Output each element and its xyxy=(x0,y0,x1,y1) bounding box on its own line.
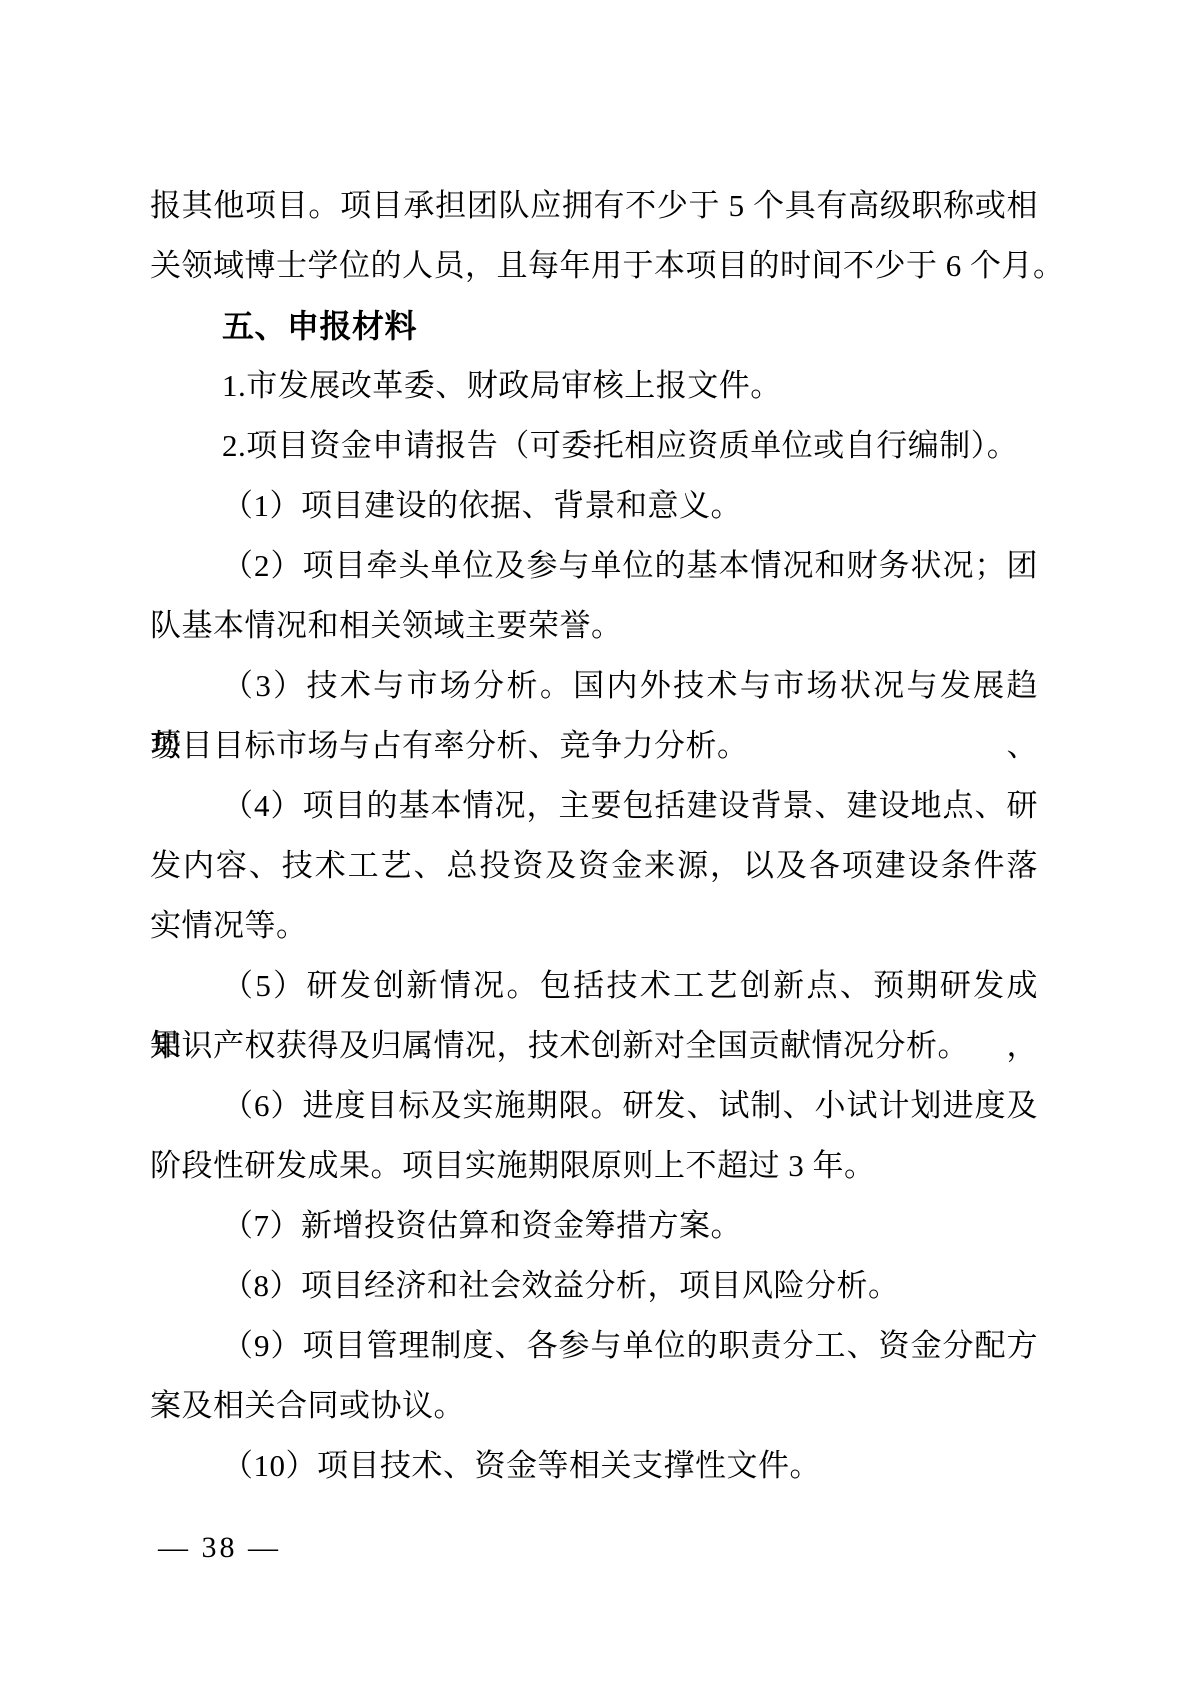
text-line: （2）项目牵头单位及参与单位的基本情况和财务状况；团 xyxy=(150,536,1038,596)
document-body: 报其他项目。项目承担团队应拥有不少于 5 个具有高级职称或相关领域博士学位的人员… xyxy=(150,176,1038,1496)
text-line: （4）项目的基本情况，主要包括建设背景、建设地点、研 xyxy=(150,776,1038,836)
text-line: （5）研发创新情况。包括技术工艺创新点、预期研发成果， xyxy=(150,956,1038,1016)
text-line: 2.项目资金申请报告（可委托相应资质单位或自行编制）。 xyxy=(150,416,1038,476)
text-line: （6）进度目标及实施期限。研发、试制、小试计划进度及 xyxy=(150,1076,1038,1136)
text-line: 1.市发展改革委、财政局审核上报文件。 xyxy=(150,356,1038,416)
text-line: 队基本情况和相关领域主要荣誉。 xyxy=(150,596,1038,656)
text-line: （3）技术与市场分析。国内外技术与市场状况与发展趋势、 xyxy=(150,656,1038,716)
section-heading: 五、申报材料 xyxy=(150,296,1038,356)
text-line: 关领域博士学位的人员，且每年用于本项目的时间不少于 6 个月。 xyxy=(150,236,1038,296)
text-line: 发内容、技术工艺、总投资及资金来源，以及各项建设条件落 xyxy=(150,836,1038,896)
text-line: （1）项目建设的依据、背景和意义。 xyxy=(150,476,1038,536)
text-line: 知识产权获得及归属情况，技术创新对全国贡献情况分析。 xyxy=(150,1016,1038,1076)
text-line: 案及相关合同或协议。 xyxy=(150,1376,1038,1436)
text-line: 报其他项目。项目承担团队应拥有不少于 5 个具有高级职称或相 xyxy=(150,176,1038,236)
text-line: （9）项目管理制度、各参与单位的职责分工、资金分配方 xyxy=(150,1316,1038,1376)
text-line: （8）项目经济和社会效益分析，项目风险分析。 xyxy=(150,1256,1038,1316)
text-line: 实情况等。 xyxy=(150,896,1038,956)
text-line: 阶段性研发成果。项目实施期限原则上不超过 3 年。 xyxy=(150,1136,1038,1196)
page-number: — 38 — xyxy=(158,1526,281,1570)
text-line: （10）项目技术、资金等相关支撑性文件。 xyxy=(150,1436,1038,1496)
text-line: （7）新增投资估算和资金筹措方案。 xyxy=(150,1196,1038,1256)
document-page: 报其他项目。项目承担团队应拥有不少于 5 个具有高级职称或相关领域博士学位的人员… xyxy=(0,0,1190,1683)
